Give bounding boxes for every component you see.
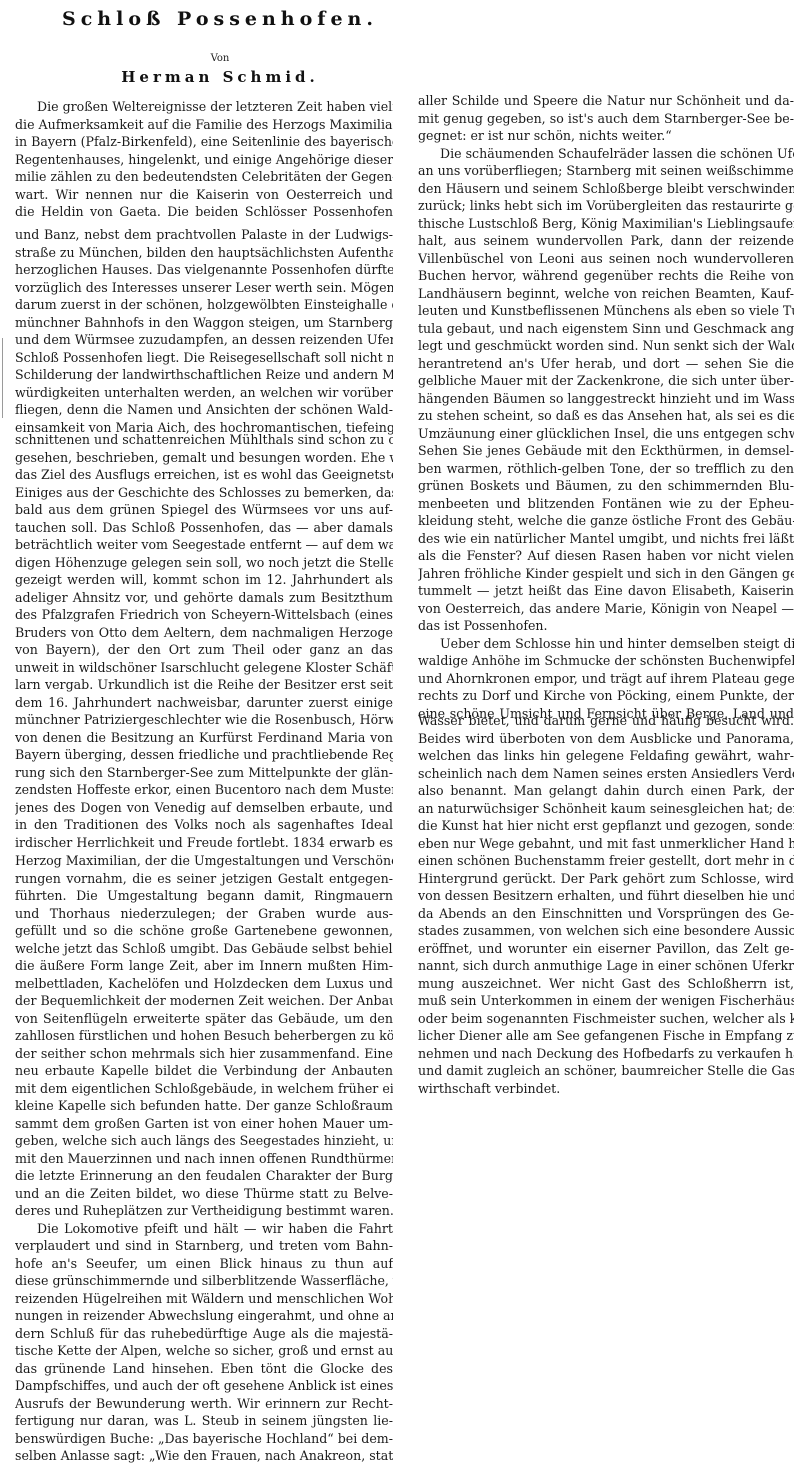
article-author: Herman Schmid. xyxy=(40,68,400,86)
text-line: tummelt — jetzt heißt das Eine davon Eli… xyxy=(418,582,794,600)
text-line: und damit zugleich an schöner, baumreich… xyxy=(418,1062,794,1080)
text-line: das ist Possenhofen. xyxy=(418,617,794,635)
text-line: Landhäusern beginnt, welche von reichen … xyxy=(418,285,794,303)
text-line: waldige Anhöhe im Schmucke der schönsten… xyxy=(418,652,794,670)
text-line: adeliger Ahnsitz vor, und gehörte damals… xyxy=(15,589,393,607)
text-line: die äußere Form lange Zeit, aber im Inne… xyxy=(15,957,393,975)
text-line: mung auszeichnet. Wer nicht Gast des Sch… xyxy=(418,975,794,993)
text-line: zahllosen fürstlichen und hohen Besuch b… xyxy=(15,1027,393,1045)
text-line: mit den Mauerzinnen und nach innen offen… xyxy=(15,1150,393,1168)
text-line: milie zählen zu den bedeutendsten Celebr… xyxy=(15,168,393,186)
text-line: Bayern überging, dessen friedliche und p… xyxy=(15,746,393,764)
text-line: und Banz, nebst dem prachtvollen Palaste… xyxy=(15,226,393,244)
text-line: die Kunst hat hier nicht erst gepflanzt … xyxy=(418,817,794,835)
text-line: führten. Die Umgestaltung begann damit, … xyxy=(15,887,393,905)
text-line: Villenbüschel von Leoni aus seinen noch … xyxy=(418,250,794,268)
text-line: an uns vorüberfliegen; Starnberg mit sei… xyxy=(418,162,794,180)
text-line: ben warmen, röthlich-gelben Tone, der so… xyxy=(418,460,794,478)
text-line: welchen das links hin gelegene Feldafing… xyxy=(418,747,794,765)
text-line: herzoglichen Hauses. Das vielgenannte Po… xyxy=(15,261,393,279)
text-line: Die schäumenden Schaufelräder lassen die… xyxy=(418,145,794,163)
text-line: aller Schilde und Speere die Natur nur S… xyxy=(418,92,794,110)
text-line: wirthschaft verbindet. xyxy=(418,1080,794,1098)
text-line: zendsten Hoffeste erkor, einen Bucentoro… xyxy=(15,781,393,799)
text-line: von Seitenflügeln erweiterte später das … xyxy=(15,1010,393,1028)
text-line: Herzog Maximilian, der die Umgestaltunge… xyxy=(15,852,393,870)
text-line: zu stehen scheint, so daß es das Ansehen… xyxy=(418,407,794,425)
text-line: grünen Boskets und Bäumen, zu den schimm… xyxy=(418,477,794,495)
text-line: den Häusern und seinem Schloßberge bleib… xyxy=(418,180,794,198)
text-line: vorzüglich des Interesses unserer Leser … xyxy=(15,279,393,297)
text-line: scheinlich nach dem Namen seines ersten … xyxy=(418,765,794,783)
text-line: gegnet: er ist nur schön, nichts weiter.… xyxy=(418,127,794,145)
text-line: welche jetzt das Schloß umgibt. Das Gebä… xyxy=(15,940,393,958)
text-line: die Aufmerksamkeit auf die Familie des H… xyxy=(15,116,393,134)
text-line: hofe an's Seeufer, um einen Blick hinaus… xyxy=(15,1255,393,1273)
text-line: bald aus dem grünen Spiegel des Würmsees… xyxy=(15,501,393,519)
text-line: Schloß Possenhofen liegt. Die Reisegesel… xyxy=(15,349,393,367)
text-line: selben Anlasse sagt: „Wie den Frauen, na… xyxy=(15,1447,393,1465)
text-block: Die großen Weltereignisse der letzteren … xyxy=(15,98,393,221)
text-line: licher Diener alle am See gefangenen Fis… xyxy=(418,1027,794,1045)
text-line: beträchtlich weiter vom Seegestade entfe… xyxy=(15,536,393,554)
text-line: münchner Patriziergeschlechter wie die R… xyxy=(15,711,393,729)
text-line: Buchen hervor, während gegenüber rechts … xyxy=(418,267,794,285)
text-line: rung sich den Starnberger-See zum Mittel… xyxy=(15,764,393,782)
text-line: jenes des Dogen von Venedig auf demselbe… xyxy=(15,799,393,817)
text-line: herantretend an's Ufer herab, und dort —… xyxy=(418,355,794,373)
text-line: nehmen und nach Deckung des Hofbedarfs z… xyxy=(418,1045,794,1063)
text-line: diese grünschimmernde und silberblitzend… xyxy=(15,1272,393,1290)
text-line: des wie ein natürlicher Mantel umgibt, u… xyxy=(418,530,794,548)
text-line: dern Schluß für das ruhebedürftige Auge … xyxy=(15,1325,393,1343)
text-block: und Banz, nebst dem prachtvollen Palaste… xyxy=(15,226,393,436)
article-title: Schloß Possenhofen. xyxy=(40,8,400,30)
text-line: also benannt. Man gelangt dahin durch ei… xyxy=(418,782,794,800)
text-line: fertigung nur daran, was L. Steub in sei… xyxy=(15,1412,393,1430)
text-line: tula gebaut, und nach eigenstem Sinn und… xyxy=(418,320,794,338)
text-line: rechts zu Dorf und Kirche von Pöcking, e… xyxy=(418,687,794,705)
text-line: melbettladen, Kachelöfen und Holzdecken … xyxy=(15,975,393,993)
text-line: larn vergab. Urkundlich ist die Reihe de… xyxy=(15,676,393,694)
text-block: aller Schilde und Speere die Natur nur S… xyxy=(418,92,794,722)
text-line: des Pfalzgrafen Friedrich von Scheyern-W… xyxy=(15,606,393,624)
text-line: Bruders von Otto dem Aeltern, dem nachma… xyxy=(15,624,393,642)
text-line: benswürdigen Buche: „Das bayerische Hoch… xyxy=(15,1430,393,1448)
text-line: in Bayern (Pfalz-Birkenfeld), eine Seite… xyxy=(15,133,393,151)
text-block: Wasser bietet, und darum gerne und häufi… xyxy=(418,712,794,1097)
text-line: stades zusammen, von welchen sich eine b… xyxy=(418,922,794,940)
text-line: und Thorhaus niederzulegen; der Graben w… xyxy=(15,905,393,923)
text-line: Wasser bietet, und darum gerne und häufi… xyxy=(418,712,794,730)
text-line: Dampfschiffes, und auch der oft gesehene… xyxy=(15,1377,393,1395)
text-line: zurück; links hebt sich im Vorübergleite… xyxy=(418,197,794,215)
text-line: und dem Würmsee zuzudampfen, an dessen r… xyxy=(15,331,393,349)
text-line: mit genug gegeben, so ist's auch dem Sta… xyxy=(418,110,794,128)
text-line: gesehen, beschrieben, gemalt und besunge… xyxy=(15,449,393,467)
text-line: als die Fenster? Auf diesen Rasen haben … xyxy=(418,547,794,565)
text-line: legt und geschmückt worden sind. Nun sen… xyxy=(418,337,794,355)
text-line: kleidung steht, welche die ganze östlich… xyxy=(418,512,794,530)
text-line: von Bayern), der den Ort zum Theil oder … xyxy=(15,641,393,659)
text-line: digen Höhenzuge gelegen sein soll, wo no… xyxy=(15,554,393,572)
byline-prefix: Von xyxy=(40,53,400,64)
text-line: von denen die Besitzung an Kurfürst Ferd… xyxy=(15,729,393,747)
text-line: fliegen, denn die Namen und Ansichten de… xyxy=(15,401,393,419)
text-line: einen schönen Buchenstamm freier gestell… xyxy=(418,852,794,870)
text-line: münchner Bahnhofs in den Waggon steigen,… xyxy=(15,314,393,332)
text-line: an naturwüchsiger Schönheit kaum seinesg… xyxy=(418,800,794,818)
text-line: das grünende Land hinsehen. Eben tönt di… xyxy=(15,1360,393,1378)
text-line: gezeigt werden will, kommt schon im 12. … xyxy=(15,571,393,589)
text-line: eben nur Wege gebahnt, und mit fast unme… xyxy=(418,835,794,853)
text-line: die letzte Erinnerung an den feudalen Ch… xyxy=(15,1167,393,1185)
text-line: nungen in reizender Abwechslung eingerah… xyxy=(15,1307,393,1325)
text-line: gelbliche Mauer mit der Zackenkrone, die… xyxy=(418,372,794,390)
text-line: Sehen Sie jenes Gebäude mit den Eckthürm… xyxy=(418,442,794,460)
text-block: Herzog Maximilian, der die Umgestaltunge… xyxy=(15,852,393,1465)
text-line: Umzäunung einer glücklichen Insel, die u… xyxy=(418,425,794,443)
text-line: würdigkeiten unterhalten werden, an welc… xyxy=(15,384,393,402)
text-line: oder beim sogenannten Fischmeister suche… xyxy=(418,1010,794,1028)
text-line: da Abends an den Einschnitten und Vorspr… xyxy=(418,905,794,923)
text-line: menbeeten und blitzenden Fontänen wie zu… xyxy=(418,495,794,513)
text-line: dem 16. Jahrhundert nachweisbar, darunte… xyxy=(15,694,393,712)
text-line: rungen vornahm, die es seiner jetzigen G… xyxy=(15,870,393,888)
text-line: sammt dem großen Garten ist von einer ho… xyxy=(15,1115,393,1133)
text-line: nannt, sich durch anmuthige Lage in eine… xyxy=(418,957,794,975)
text-line: Ueber dem Schlosse hin und hinter demsel… xyxy=(418,635,794,653)
text-line: deres und Ruheplätzen zur Vertheidigung … xyxy=(15,1202,393,1220)
text-line: neu erbaute Kapelle bildet die Verbindun… xyxy=(15,1062,393,1080)
text-block: schnittenen und schattenreichen Mühlthal… xyxy=(15,431,393,851)
text-line: geben, welche sich auch längs des Seeges… xyxy=(15,1132,393,1150)
text-line: Hintergrund gerückt. Der Park gehört zum… xyxy=(418,870,794,888)
text-line: leuten und Kunstbeflissenen Münchens als… xyxy=(418,302,794,320)
text-line: und an die Zeiten bildet, wo diese Thürm… xyxy=(15,1185,393,1203)
text-line: reizenden Hügelreihen mit Wäldern und me… xyxy=(15,1290,393,1308)
text-line: kleine Kapelle sich befunden hatte. Der … xyxy=(15,1097,393,1115)
text-line: von Oesterreich, das andere Marie, König… xyxy=(418,600,794,618)
text-line: unweit in wildschöner Isarschlucht geleg… xyxy=(15,659,393,677)
text-line: muß sein Unterkommen in einem der wenige… xyxy=(418,992,794,1010)
text-line: der Bequemlichkeit der modernen Zeit wei… xyxy=(15,992,393,1010)
text-line: mit dem eigentlichen Schloßgebäude, in w… xyxy=(15,1080,393,1098)
text-line: Einiges aus der Geschichte des Schlosses… xyxy=(15,484,393,502)
text-line: tauchen soll. Das Schloß Possenhofen, da… xyxy=(15,519,393,537)
text-line: hängenden Bäumen so langgestreckt hinzie… xyxy=(418,390,794,408)
text-line: thische Lustschloß Berg, König Maximilia… xyxy=(418,215,794,233)
text-line: verplaudert und sind in Starnberg, und t… xyxy=(15,1237,393,1255)
text-line: Jahren fröhliche Kinder gespielt und sic… xyxy=(418,565,794,583)
text-line: von dessen Besitzern erhalten, und führt… xyxy=(418,887,794,905)
text-line: straße zu München, bilden den hauptsächl… xyxy=(15,244,393,262)
text-line: Regentenhauses, hingelenkt, und einige A… xyxy=(15,151,393,169)
text-line: halt, aus seinem wundervollen Park, dann… xyxy=(418,232,794,250)
text-line: wart. Wir nennen nur die Kaiserin von Oe… xyxy=(15,186,393,204)
text-line: die Heldin von Gaeta. Die beiden Schlöss… xyxy=(15,203,393,221)
text-line: darum zuerst in der schönen, holzgewölbt… xyxy=(15,296,393,314)
text-line: der seither schon mehrmals sich hier zus… xyxy=(15,1045,393,1063)
text-line: schnittenen und schattenreichen Mühlthal… xyxy=(15,431,393,449)
text-line: irdischer Herrlichkeit und Freude fortle… xyxy=(15,834,393,852)
text-line: Die großen Weltereignisse der letzteren … xyxy=(15,98,393,116)
scan-edge-mark xyxy=(2,338,3,418)
text-line: Schilderung der landwirthschaftlichen Re… xyxy=(15,366,393,384)
text-line: tische Kette der Alpen, welche so sicher… xyxy=(15,1342,393,1360)
text-line: das Ziel des Ausflugs erreichen, ist es … xyxy=(15,466,393,484)
text-line: eröffnet, und worunter ein eiserner Pavi… xyxy=(418,940,794,958)
text-line: Beides wird überboten von dem Ausblicke … xyxy=(418,730,794,748)
text-line: und Ahornkronen empor, und trägt auf ihr… xyxy=(418,670,794,688)
text-line: Die Lokomotive pfeift und hält — wir hab… xyxy=(15,1220,393,1238)
text-line: Ausrufs der Bewunderung werth. Wir erinn… xyxy=(15,1395,393,1413)
text-line: gefüllt und so die schöne große Garteneb… xyxy=(15,922,393,940)
text-line: in den Traditionen des Volks noch als sa… xyxy=(15,816,393,834)
